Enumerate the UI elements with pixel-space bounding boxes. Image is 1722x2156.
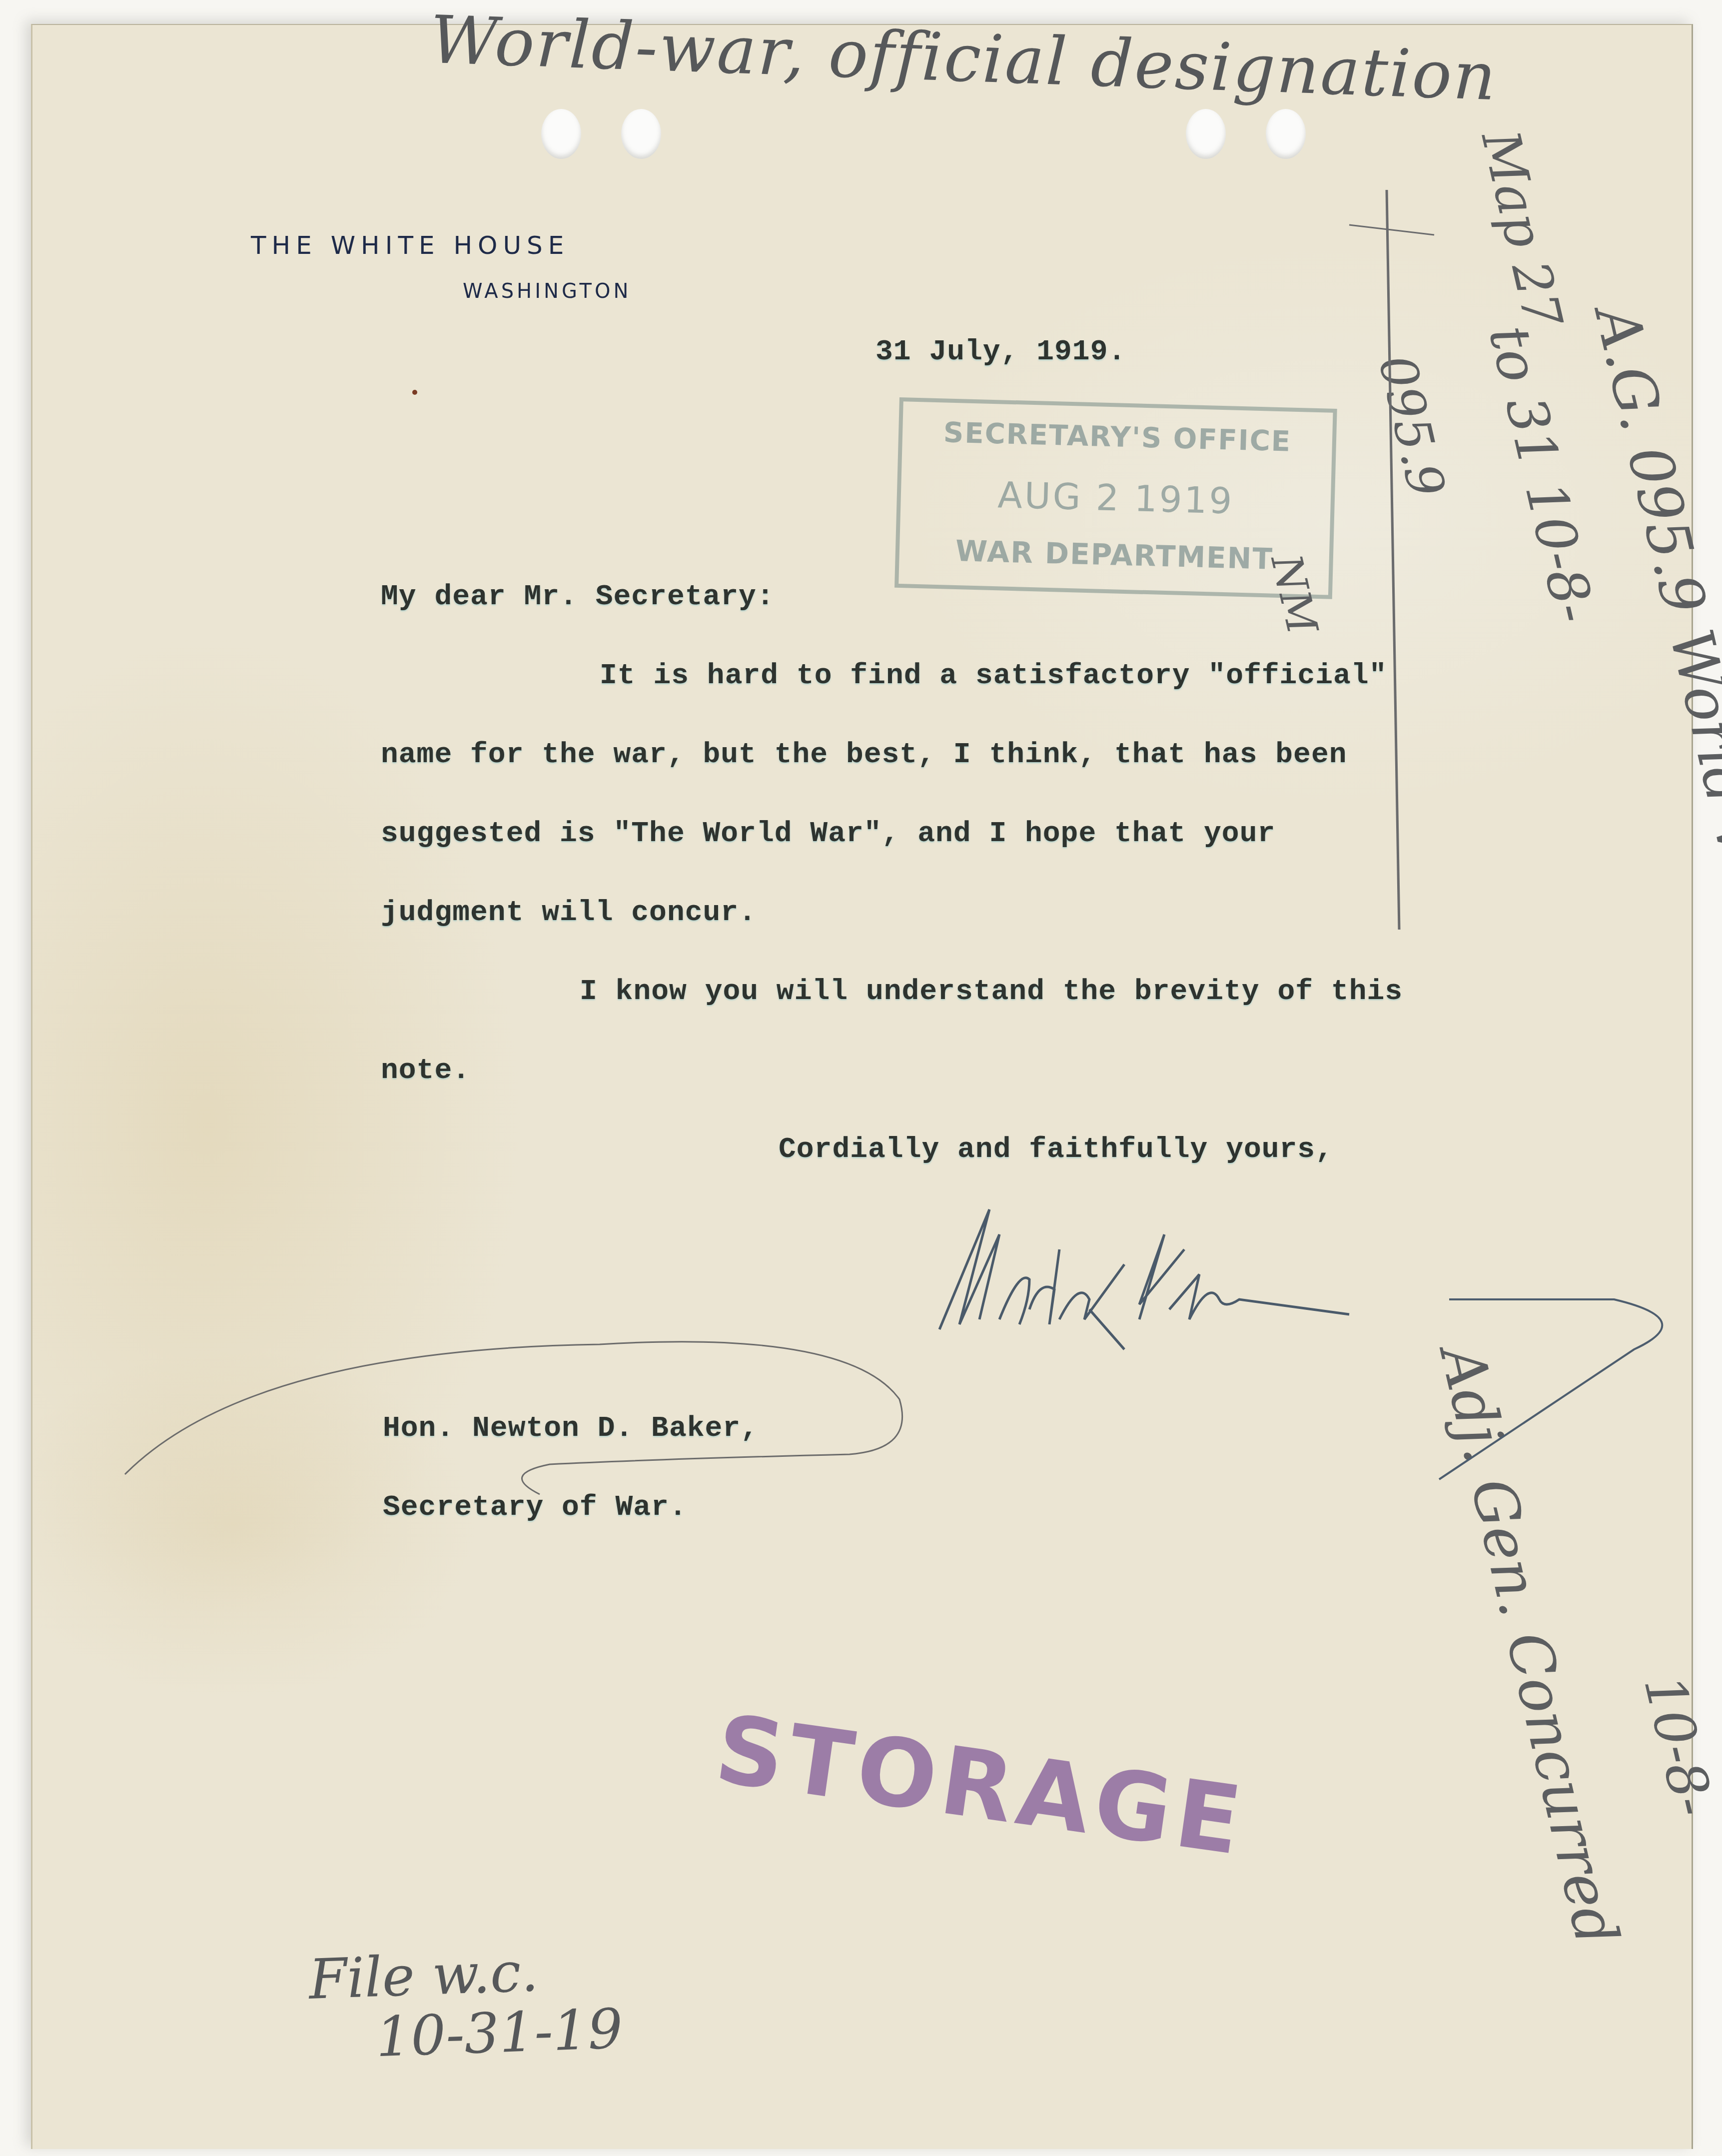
pencil-vertical-line xyxy=(1387,190,1399,930)
signature-woodrow-wilson xyxy=(939,1209,1349,1349)
pencil-marks xyxy=(0,0,1722,2156)
signature-flourish xyxy=(1439,1299,1662,1479)
pencil-loop xyxy=(125,1342,902,1494)
